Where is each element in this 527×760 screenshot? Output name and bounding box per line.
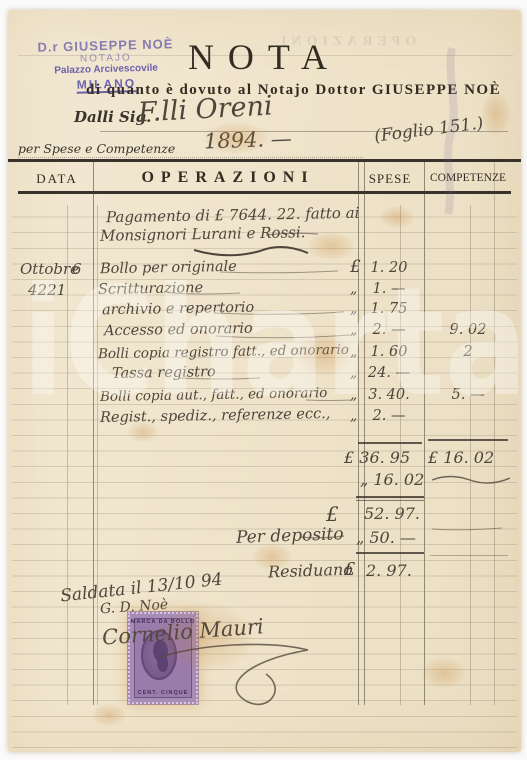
residual-rule: [356, 552, 424, 554]
column-header-operazioni: OPERAZIONI: [108, 169, 348, 187]
spese-total: £ 36. 95: [344, 448, 410, 467]
operation-text: Scritturazione: [98, 280, 203, 298]
grand-total-rule-1: [356, 496, 424, 498]
table-top-rule: [8, 159, 521, 162]
residual-currency: £: [344, 559, 355, 580]
pen-squiggle: [432, 477, 510, 484]
pen-dash: [432, 528, 502, 530]
currency-mark: „: [350, 387, 357, 403]
column-header-spese: SPESE: [360, 171, 420, 187]
currency-mark: „: [350, 365, 357, 381]
table-row: Scritturazione „ 1. —: [8, 281, 521, 301]
competenze-value: 9. 02: [432, 322, 504, 338]
client-name-handwritten: F.lli Oreni: [137, 90, 273, 128]
age-stain: [380, 206, 414, 228]
grand-total-value: 52. 97.: [364, 504, 420, 523]
competenze-value: 5. —: [432, 387, 504, 403]
paper-sheet: OPERAZIONI D.r GIUSEPPE NOÈ NOTAJO Palaz…: [8, 10, 521, 752]
column-rule-spese-comp: [424, 162, 425, 705]
column-rule-data-ops-2: [97, 205, 98, 705]
operation-text: Bolli copia registro fatt., ed onorario: [98, 342, 349, 362]
spese-value: 2. —: [360, 408, 418, 424]
purpose-dotted-rule: [18, 156, 363, 158]
operation-text: Bollo per originale: [100, 259, 237, 277]
table-row: Accesso ed onorario „ 2. — 9. 02: [8, 322, 521, 342]
operation-text: archivio e repertorio: [102, 300, 254, 319]
table-row: Tassa registro „ 24. —: [8, 365, 521, 385]
operation-text: Accesso ed onorario: [104, 321, 253, 340]
table-row: Bolli copia registro fatt., ed onorario …: [8, 344, 521, 364]
column-rule-ops-spese-1: [358, 162, 359, 705]
currency-mark: „: [350, 408, 357, 424]
year-handwritten: 1894. —: [204, 126, 293, 153]
spese-total-rule: [358, 442, 422, 444]
column-rule-data-inner: [67, 205, 68, 705]
spese-value: 2. —: [360, 322, 418, 338]
competenze-total: £ 16. 02: [428, 448, 494, 467]
purpose-label: per Spese e Competenze: [18, 141, 175, 156]
table-row: archivio e repertorio „ 1. 75: [8, 301, 521, 321]
column-rule-ops-spese-2: [364, 162, 365, 705]
residual-label: Residuano: [268, 560, 353, 582]
column-header-competenze: COMPETENZE: [426, 172, 510, 184]
table-row: Bollo per originale £ 1. 20: [8, 260, 521, 280]
deposit-label: Per deposito: [236, 524, 344, 548]
spese-value: 1. 60: [360, 344, 418, 360]
spese-value: 3. 40.: [360, 387, 418, 403]
age-stain: [422, 658, 466, 688]
intro-line-1: Pagamento di £ 7644. 22. fatto ai: [106, 204, 360, 226]
spese-value: 24. —: [360, 365, 418, 381]
operation-text: Tassa registro: [112, 364, 216, 382]
header-underline: [18, 191, 511, 194]
revenue-stamp-bottom-text: CENT. CINQUE: [130, 690, 196, 696]
age-stain: [308, 232, 354, 260]
column-rule-data-ops-1: [93, 162, 94, 705]
page-title: NOTA: [8, 36, 521, 78]
pen-flourish: [194, 247, 308, 255]
grand-total-currency: £: [326, 502, 339, 526]
residual-value: 2. 97.: [366, 561, 412, 580]
currency-mark: „: [350, 322, 357, 338]
column-header-data: DATA: [22, 171, 92, 187]
spese-value: 1. 75: [360, 301, 418, 317]
folio-handwritten: (Foglio 151.): [373, 113, 484, 146]
competenze-value: 2: [432, 344, 504, 360]
spese-value: 1. 20: [360, 260, 418, 276]
column-rule-right-edge: [494, 162, 495, 705]
residual-rule-comp: [430, 555, 508, 556]
operation-text: Regist., spediz., referenze ecc.,: [100, 406, 331, 426]
table-row: Bolli copia aut., fatt., ed onorario „ 3…: [8, 387, 521, 407]
operation-text: Bolli copia aut., fatt., ed onorario: [100, 385, 328, 405]
competenze-total-rule: [428, 439, 508, 441]
table-row: Regist., spediz., referenze ecc., „ 2. —: [8, 408, 521, 428]
currency-mark: „: [350, 281, 357, 297]
document-scan: OPERAZIONI D.r GIUSEPPE NOÈ NOTAJO Palaz…: [0, 0, 527, 760]
currency-mark: „: [350, 301, 357, 317]
grand-total-rule-2: [356, 500, 424, 501]
carry-over-value: „ 16. 02: [360, 470, 424, 489]
age-stain: [92, 704, 126, 726]
deposit-value: „ 50. —: [356, 528, 416, 547]
spese-value: 1. —: [360, 281, 418, 297]
currency-mark: „: [350, 344, 357, 360]
intro-line-2: Monsignori Lurani e Rossi.: [100, 223, 306, 245]
